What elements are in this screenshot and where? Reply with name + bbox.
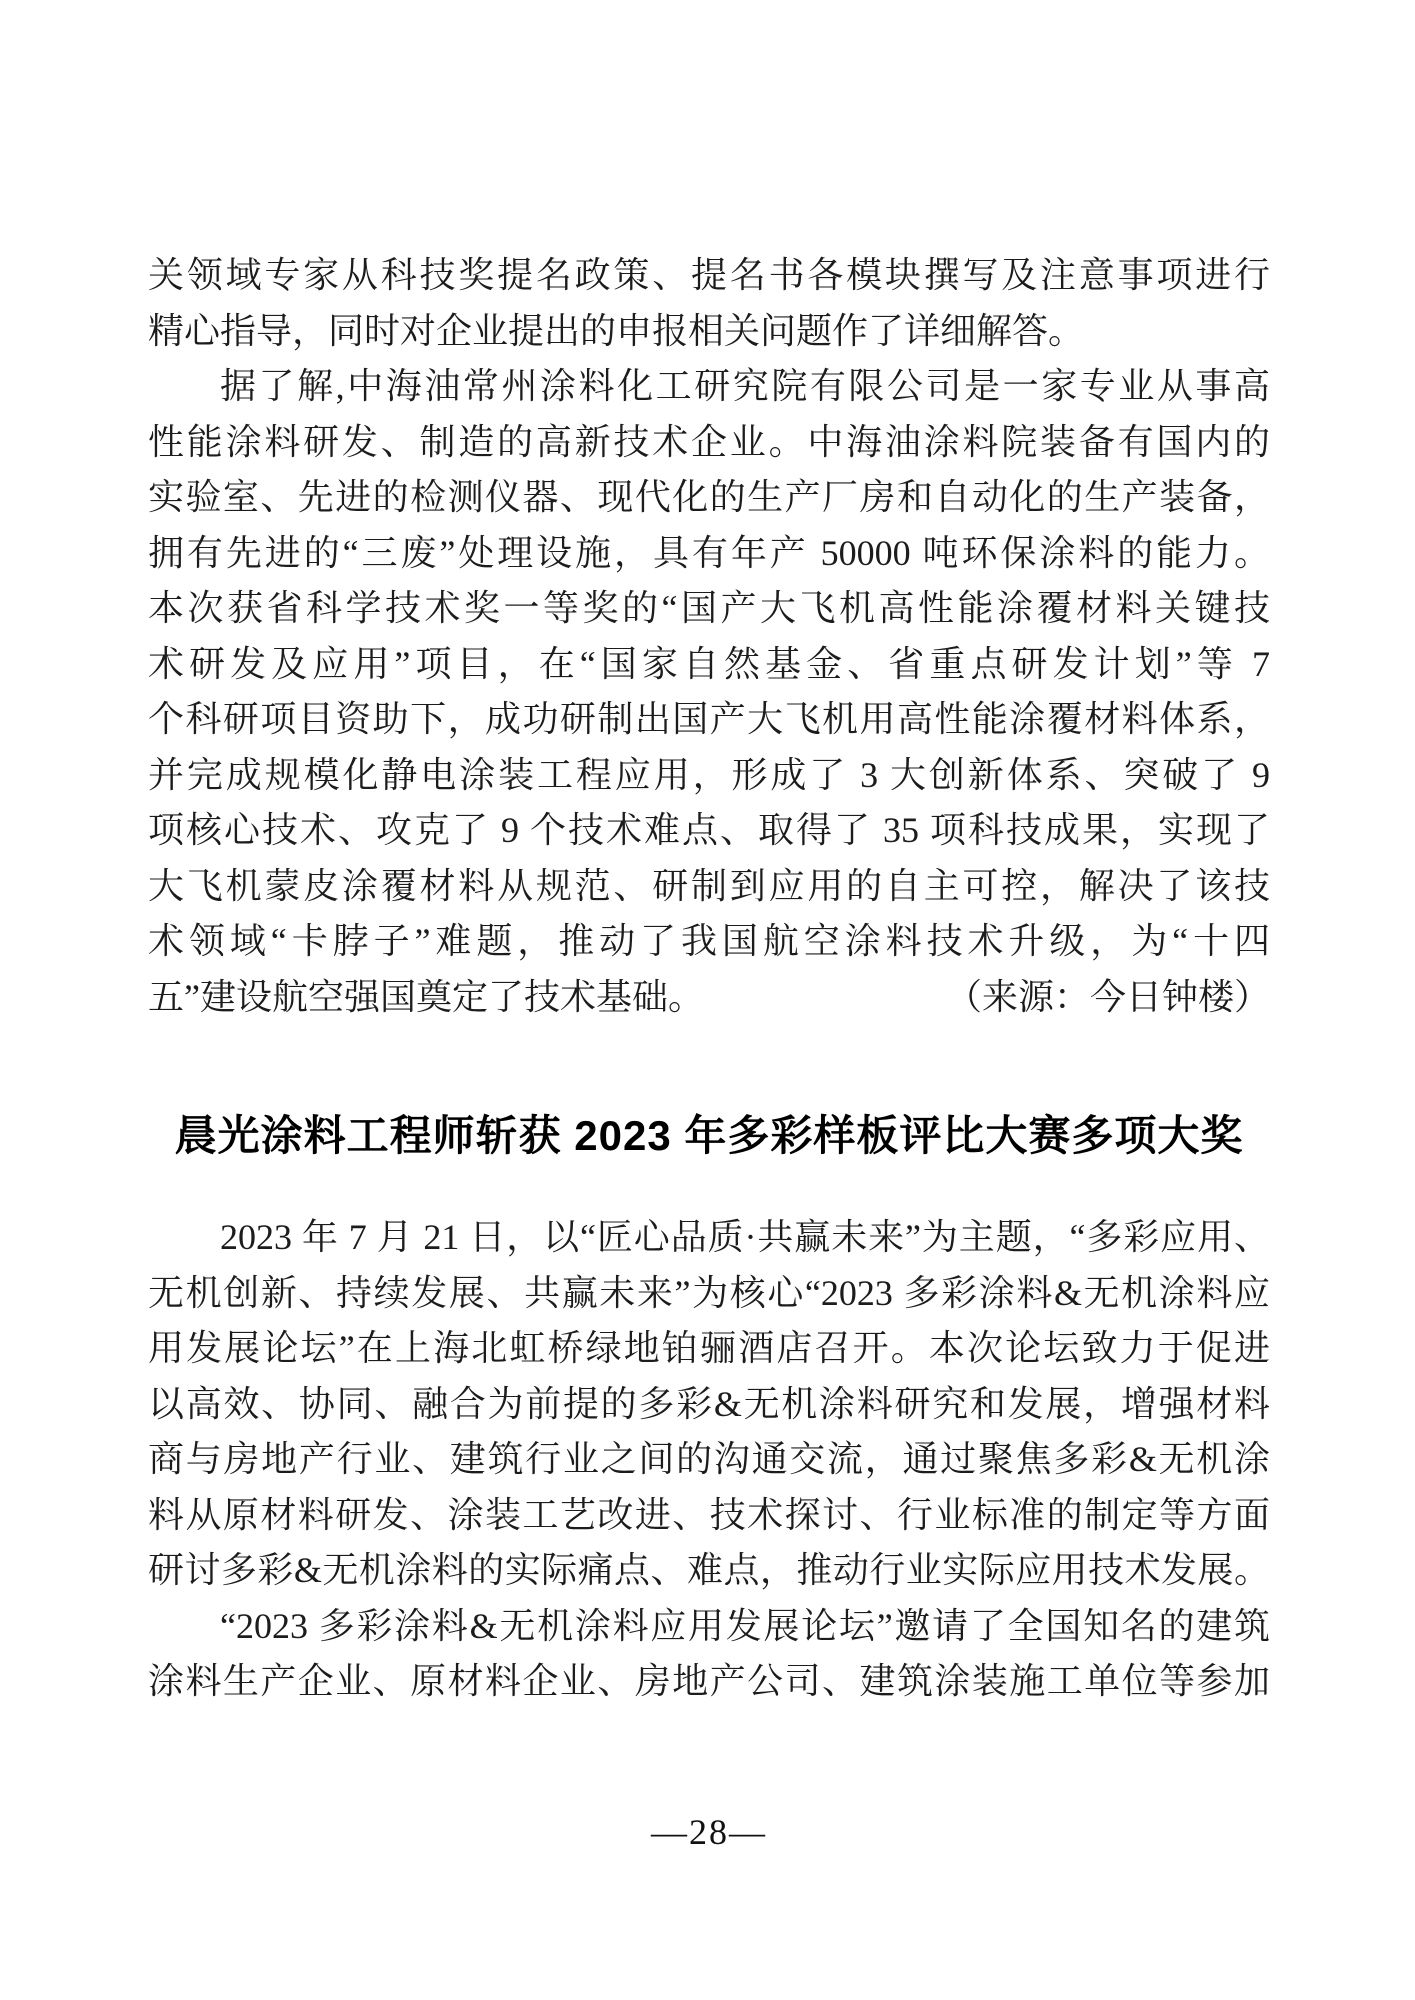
text-line: 性能涂料研发、制造的高新技术企业。中海油涂料院装备有国内的: [148, 415, 1270, 471]
text-line: 研讨多彩&无机涂料的实际痛点、难点，推动行业实际应用技术发展。: [148, 1543, 1270, 1599]
article1-body: 关领域专家从科技奖提名政策、提名书各模块撰写及注意事项进行 精心指导，同时对企业…: [148, 248, 1270, 1025]
text-line: 拥有先进的“三废”处理设施，具有年产 50000 吨环保涂料的能力。: [148, 526, 1270, 582]
text-line: 2023 年 7 月 21 日，以“匠心品质·共赢未来”为主题，“多彩应用、: [148, 1210, 1270, 1266]
text-line: 术领域“卡脖子”难题，推动了我国航空涂料技术升级，为“十四: [148, 914, 1270, 970]
text-line: 实验室、先进的检测仪器、现代化的生产厂房和自动化的生产装备，: [148, 470, 1270, 526]
text-line: 个科研项目资助下，成功研制出国产大飞机用高性能涂覆材料体系，: [148, 692, 1270, 748]
page-number: —28—: [148, 1810, 1270, 1855]
document-page: 关领域专家从科技奖提名政策、提名书各模块撰写及注意事项进行 精心指导，同时对企业…: [0, 0, 1415, 2000]
text-line: 据了解,中海油常州涂料化工研究院有限公司是一家专业从事高: [148, 359, 1270, 415]
text-line: 术研发及应用”项目，在“国家自然基金、省重点研发计划”等 7: [148, 637, 1270, 693]
text-line: 涂料生产企业、原材料企业、房地产公司、建筑涂装施工单位等参加: [148, 1654, 1270, 1710]
text-line: 关领域专家从科技奖提名政策、提名书各模块撰写及注意事项进行: [148, 248, 1270, 304]
text-line: 以高效、协同、融合为前提的多彩&无机涂料研究和发展，增强材料: [148, 1377, 1270, 1433]
text-line: 料从原材料研发、涂装工艺改进、技术探讨、行业标准的制定等方面: [148, 1488, 1270, 1544]
text-line: 商与房地产行业、建筑行业之间的沟通交流，通过聚焦多彩&无机涂: [148, 1432, 1270, 1488]
text-line: 无机创新、持续发展、共赢未来”为核心“2023 多彩涂料&无机涂料应: [148, 1266, 1270, 1322]
text-line: 大飞机蒙皮涂覆材料从规范、研制到应用的自主可控，解决了该技: [148, 859, 1270, 915]
article2-title: 晨光涂料工程师斩获 2023 年多彩样板评比大赛多项大奖: [148, 1108, 1270, 1163]
source-attribution: （来源：今日钟楼）: [946, 970, 1270, 1026]
page-content: 关领域专家从科技奖提名政策、提名书各模块撰写及注意事项进行 精心指导，同时对企业…: [0, 0, 1415, 1855]
text-line: 并完成规模化静电涂装工程应用，形成了 3 大创新体系、突破了 9: [148, 748, 1270, 804]
text-line: 本次获省科学技术奖一等奖的“国产大飞机高性能涂覆材料关键技: [148, 581, 1270, 637]
text-line: 精心指导，同时对企业提出的申报相关问题作了详细解答。: [148, 304, 1270, 360]
text-line: 用发展论坛”在上海北虹桥绿地铂骊酒店召开。本次论坛致力于促进: [148, 1321, 1270, 1377]
text-line: 项核心技术、攻克了 9 个技术难点、取得了 35 项科技成果，实现了: [148, 803, 1270, 859]
closing-sentence: 五”建设航空强国奠定了技术基础。: [148, 970, 704, 1026]
article2-body: 2023 年 7 月 21 日，以“匠心品质·共赢未来”为主题，“多彩应用、 无…: [148, 1210, 1270, 1710]
text-line: “2023 多彩涂料&无机涂料应用发展论坛”邀请了全国知名的建筑: [148, 1599, 1270, 1655]
text-line-with-source: 五”建设航空强国奠定了技术基础。 （来源：今日钟楼）: [148, 970, 1270, 1026]
